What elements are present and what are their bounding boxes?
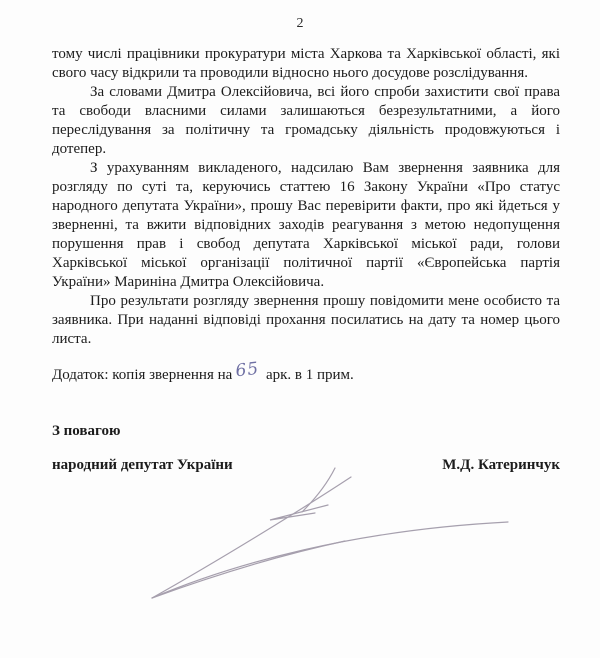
attachment-label-after: арк. в 1 прим. [266,367,354,383]
paragraph-continuation: тому числі працівники прокуратури міста … [52,45,560,83]
signer-title: народний депутат України [52,457,233,474]
attachment-label-before: Додаток: копія звернення на [52,367,232,383]
signer-row: народний депутат України М.Д. Катеринчук [52,457,560,474]
handwritten-signature-icon [130,462,520,622]
paragraph-claims: За словами Дмитра Олексійовича, всі його… [52,83,560,159]
handwritten-sheet-count: 65 [235,359,261,382]
paragraph-request: З урахуванням викладеного, надсилаю Вам … [52,159,560,292]
scanned-letter-page: 2 тому числі працівники прокуратури міст… [0,0,600,658]
letter-body: тому числі працівники прокуратури міста … [52,45,560,349]
attachment-line: Додаток: копія звернення на65арк. в 1 пр… [52,364,560,385]
paragraph-reply-request: Про результати розгляду звернення прошу … [52,292,560,349]
signer-name: М.Д. Катеринчук [442,457,560,474]
page-number: 2 [0,0,600,32]
closing-salutation: З повагою [52,423,560,440]
